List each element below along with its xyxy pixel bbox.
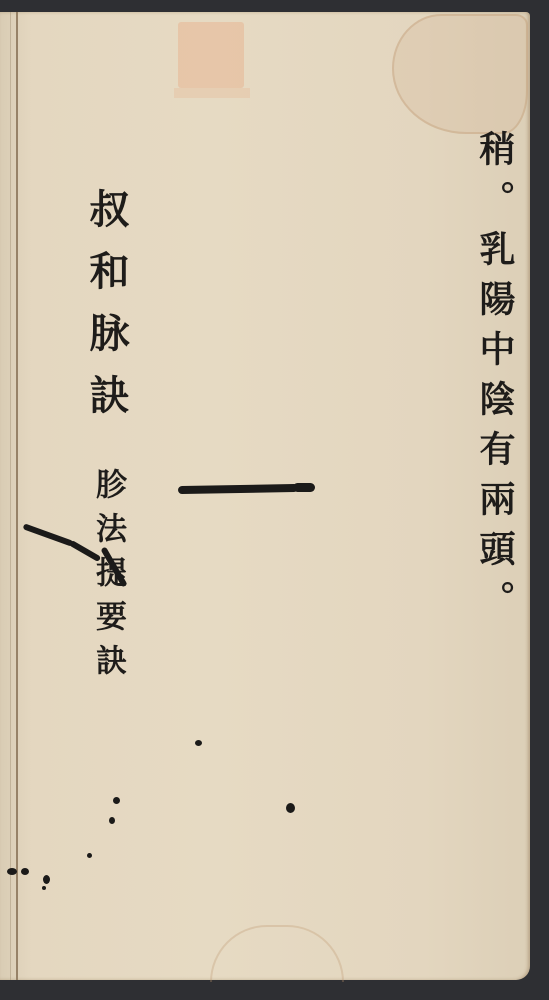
ink-stroke-horizontal — [293, 483, 315, 492]
library-seal-caption — [174, 88, 250, 98]
library-seal-stamp — [178, 22, 244, 88]
bleed-through-text — [205, 200, 239, 340]
ink-dot — [43, 875, 50, 884]
ink-dot — [109, 817, 115, 824]
title-column: 叔和脉訣 — [78, 188, 135, 436]
bleed-through-text — [385, 130, 419, 870]
ink-dot — [195, 740, 202, 746]
ink-dot — [7, 868, 17, 875]
ink-dot — [286, 803, 295, 813]
ink-dot — [87, 853, 92, 858]
bleed-through-text — [265, 160, 299, 720]
binding-gutter-line-secondary — [10, 12, 11, 980]
ink-dot — [21, 868, 29, 875]
right-text-column: 稍。乳陽中陰有兩頭。 — [470, 130, 521, 630]
binding-gutter-line — [16, 12, 18, 980]
ink-dot — [42, 886, 46, 890]
ink-dot — [113, 797, 120, 804]
